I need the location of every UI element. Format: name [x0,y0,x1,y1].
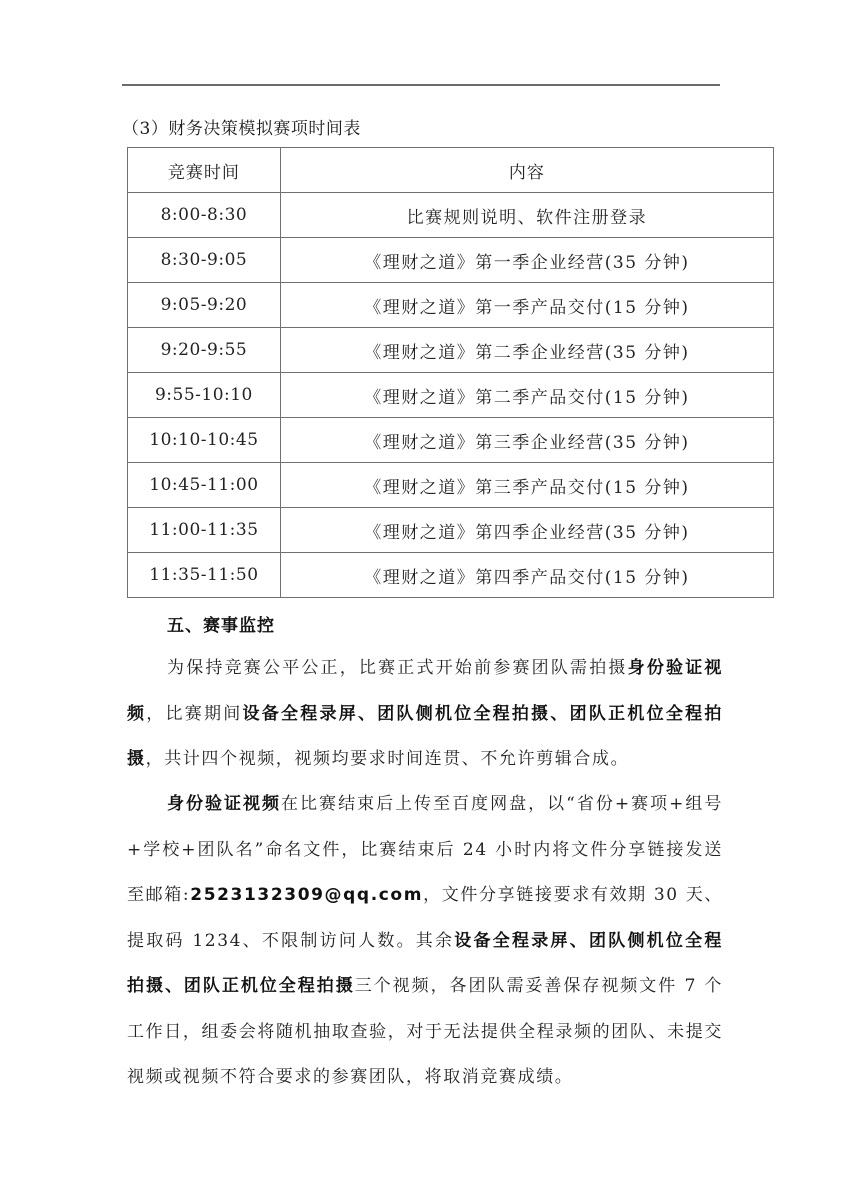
schedule-table: 竞赛时间 内容 8:00-8:30 比赛规则说明、软件注册登录 8:30-9:0… [127,147,774,598]
time-cell: 9:05-9:20 [128,283,281,328]
table-row: 8:30-9:05 《理财之道》第一季企业经营(35 分钟) [128,238,774,283]
text-run: 为保持竞赛公平公正，比赛正式开始前参赛团队需拍摄 [167,658,628,678]
text-run: ，比赛期间 [146,704,242,724]
bold-run: 身份验证视频 [167,794,281,814]
table-row: 9:05-9:20 《理财之道》第一季产品交付(15 分钟) [128,283,774,328]
paragraph-monitoring-intro: 为保持竞赛公平公正，比赛正式开始前参赛团队需拍摄身份验证视频，比赛期间设备全程录… [127,646,723,783]
time-cell: 11:35-11:50 [128,553,281,598]
table-row: 11:35-11:50 《理财之道》第四季产品交付(15 分钟) [128,553,774,598]
table-row: 10:45-11:00 《理财之道》第三季产品交付(15 分钟) [128,463,774,508]
time-cell: 10:10-10:45 [128,418,281,463]
time-cell: 8:00-8:30 [128,193,281,238]
content-cell: 《理财之道》第一季产品交付(15 分钟) [280,283,773,328]
header-rule [122,84,720,86]
content-cell: 《理财之道》第四季企业经营(35 分钟) [280,508,773,553]
content-cell: 《理财之道》第一季企业经营(35 分钟) [280,238,773,283]
time-cell: 9:55-10:10 [128,373,281,418]
time-cell: 9:20-9:55 [128,328,281,373]
content-cell: 《理财之道》第三季产品交付(15 分钟) [280,463,773,508]
content-cell: 《理财之道》第四季产品交付(15 分钟) [280,553,773,598]
content-cell: 《理财之道》第三季企业经营(35 分钟) [280,418,773,463]
time-cell: 11:00-11:35 [128,508,281,553]
column-header-time: 竞赛时间 [128,148,281,193]
table-row: 9:20-9:55 《理财之道》第二季企业经营(35 分钟) [128,328,774,373]
content-cell: 《理财之道》第二季企业经营(35 分钟) [280,328,773,373]
section-heading: 五、赛事监控 [167,611,275,636]
text-run: ，共计四个视频，视频均要求时间连贯、不允许剪辑合成。 [146,749,630,769]
table-row: 10:10-10:45 《理财之道》第三季企业经营(35 分钟) [128,418,774,463]
email-address: 2523132309@qq.com [190,885,423,905]
table-row: 9:55-10:10 《理财之道》第二季产品交付(15 分钟) [128,373,774,418]
time-cell: 10:45-11:00 [128,463,281,508]
time-cell: 8:30-9:05 [128,238,281,283]
table-row: 8:00-8:30 比赛规则说明、软件注册登录 [128,193,774,238]
paragraph-video-upload: 身份验证视频在比赛结束后上传至百度网盘，以“省份+赛项+组号+学校+团队名”命名… [127,782,723,1101]
table-row: 11:00-11:35 《理财之道》第四季企业经营(35 分钟) [128,508,774,553]
content-cell: 比赛规则说明、软件注册登录 [280,193,773,238]
content-cell: 《理财之道》第二季产品交付(15 分钟) [280,373,773,418]
table-header-row: 竞赛时间 内容 [128,148,774,193]
column-header-content: 内容 [280,148,773,193]
table-caption: （3）财务决策模拟赛项时间表 [122,114,361,139]
